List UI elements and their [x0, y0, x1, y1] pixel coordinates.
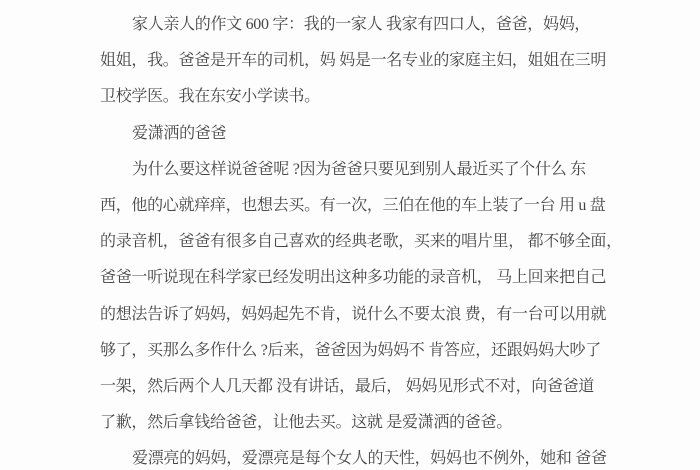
document-page: 家人亲人的作文 600 字：我的一家人 我家有四口人，爸爸，妈妈， 姐姐，我。爸…	[0, 0, 700, 470]
essay-line: 姐姐，我。爸爸是开车的司机，妈 妈是一名专业的家庭主妇，姐姐在三明	[100, 43, 640, 79]
essay-line: 爸爸一听说现在科学家已经发明出这种多功能的录音机， 马上回来把自己	[100, 260, 640, 296]
essay-line: 西，他的心就痒痒，也想去买。有一次，三伯在他的车上装了一台 用 u 盘	[100, 188, 640, 224]
essay-line: 了歉，然后拿钱给爸爸，让他去买。这就 是爱潇洒的爸爸。	[100, 405, 640, 441]
essay-line: 一架，然后两个人几天都 没有讲话，最后， 妈妈见形式不对，向爸爸道	[100, 369, 640, 405]
essay-line: 为什么要这样说爸爸呢 ?因为爸爸只要见到别人最近买了个什么 东	[100, 152, 640, 188]
essay-line-title: 家人亲人的作文 600 字：我的一家人 我家有四口人，爸爸，妈妈，	[100, 7, 640, 43]
essay-line: 够了，买那么多作什么 ?后来，爸爸因为妈妈不 肯答应，还跟妈妈大吵了	[100, 333, 640, 369]
essay-line: 卫校学医。我在东安小学读书。	[100, 79, 640, 115]
essay-line-section-heading: 爱潇洒的爸爸	[100, 116, 640, 152]
essay-line: 的想法告诉了妈妈，妈妈起先不肯，说什么不要太浪 费，有一台可以用就	[100, 297, 640, 333]
essay-line: 爱漂亮的妈妈，爱漂亮是每个女人的天性，妈妈也不例外，她和 爸爸	[100, 441, 640, 470]
essay-text-block: 家人亲人的作文 600 字：我的一家人 我家有四口人，爸爸，妈妈， 姐姐，我。爸…	[100, 7, 640, 470]
essay-line: 的录音机，爸爸有很多自己喜欢的经典老歌，买来的唱片里， 都不够全面，	[100, 224, 640, 260]
